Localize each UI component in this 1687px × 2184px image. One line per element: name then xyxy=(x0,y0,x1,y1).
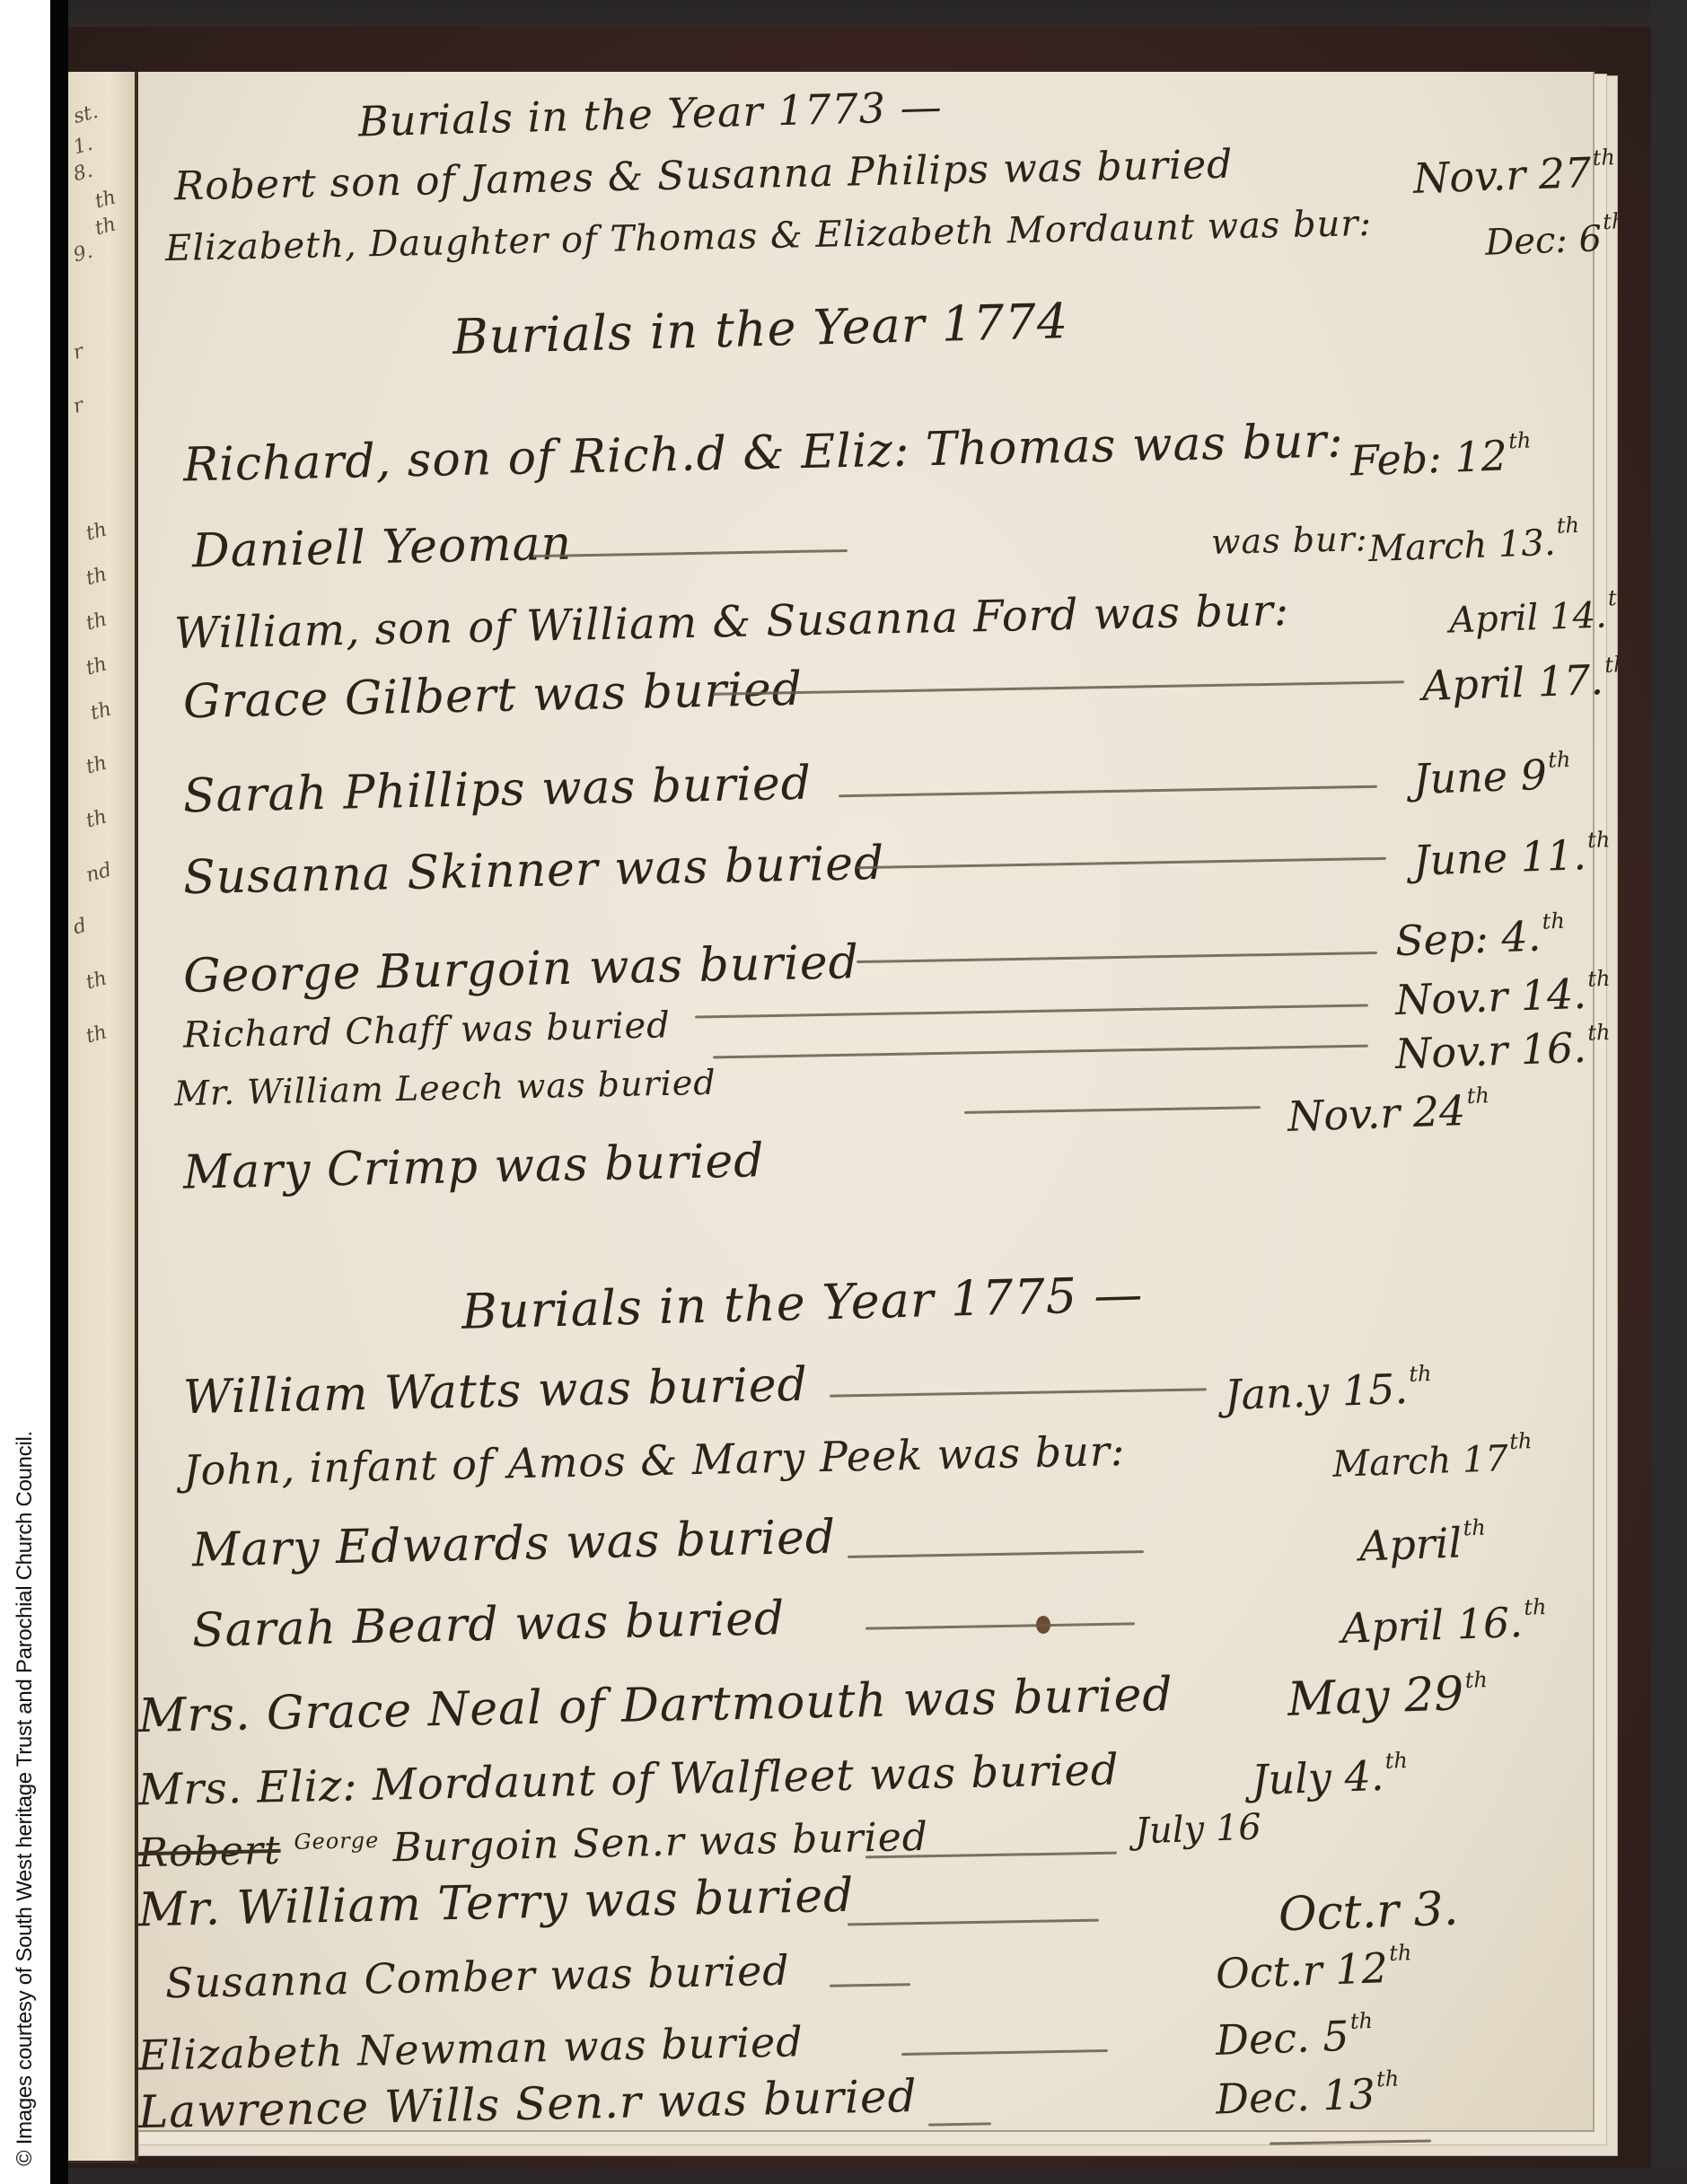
burial-date: Feb: 12th xyxy=(1349,427,1533,485)
ledger-dash xyxy=(857,952,1377,963)
burial-entry: William Watts was buried xyxy=(182,1358,808,1425)
burial-date: June 11.th xyxy=(1412,827,1612,885)
facing-page-mark: th xyxy=(83,1021,110,1048)
burial-entry: Elizabeth, Daughter of Thomas & Elizabet… xyxy=(165,203,1373,269)
ledger-dash xyxy=(928,2122,991,2126)
ledger-dash xyxy=(713,1045,1368,1059)
facing-page-mark: 9. xyxy=(71,241,95,268)
burial-date: May 29th xyxy=(1287,1666,1489,1727)
burial-entry: Sarah Phillips was buried xyxy=(182,757,812,824)
facing-page-mark: th xyxy=(83,751,110,778)
facing-page-mark: 1. xyxy=(71,133,95,160)
burial-date: Oct.r 3. xyxy=(1278,1882,1459,1943)
burial-date: March 13.th xyxy=(1367,513,1580,570)
burial-entry: Mrs. Grace Neal of Dartmouth was buried xyxy=(137,1668,1173,1743)
burial-date: July 4.th xyxy=(1251,1748,1409,1804)
facing-page-mark: d xyxy=(71,915,89,940)
facing-page-mark: 8. xyxy=(71,160,95,187)
facing-page-mark: r xyxy=(71,394,86,418)
ledger-dash xyxy=(713,680,1404,695)
copyright-notice: © Images courtesy of South West heritage… xyxy=(13,1431,38,2166)
burial-date: April 17.th xyxy=(1421,652,1629,710)
burial-date: Jan.y 15.th xyxy=(1224,1361,1433,1419)
ledger-dash xyxy=(865,1622,1135,1629)
burial-entry: Mary Edwards was buried xyxy=(191,1510,836,1577)
burial-date: Aprilth xyxy=(1358,1515,1487,1571)
burial-entry: Richard Chaff was buried xyxy=(183,1004,672,1056)
ledger-dash xyxy=(857,857,1386,869)
burial-date: Oct.r 12th xyxy=(1215,1940,1413,1998)
burial-entry: Mr. William Leech was buried xyxy=(174,1063,716,1114)
burial-entry: Susanna Comber was buried xyxy=(165,1946,791,2008)
burial-date: June 9th xyxy=(1412,747,1572,803)
burial-entry: Susanna Skinner was buried xyxy=(182,837,884,905)
burial-entry: George Burgoin was buried xyxy=(182,935,859,1004)
burial-date: Dec: 6th xyxy=(1484,208,1627,263)
burial-entry: William, son of William & Susanna Ford w… xyxy=(174,585,1290,659)
facing-page-mark: r xyxy=(71,340,86,364)
burial-date: Nov.r 14.th xyxy=(1394,966,1612,1024)
burial-date: Dec. 5th xyxy=(1215,2008,1374,2065)
ledger-dash xyxy=(695,1004,1368,1018)
facing-page-mark: th xyxy=(83,653,110,680)
binding-top-edge xyxy=(68,0,1687,27)
scan-border xyxy=(50,0,68,2184)
facing-page-mark: th xyxy=(88,697,114,724)
facing-page-mark: th xyxy=(92,213,119,240)
struck-name: Robert xyxy=(138,1828,282,1876)
burial-date: April 14.th xyxy=(1448,584,1631,641)
section-heading-1773: Burials in the Year 1773 — xyxy=(357,82,943,145)
ledger-dash xyxy=(830,1388,1207,1397)
burial-date: Nov.r 16.th xyxy=(1394,1020,1612,1078)
burial-date: Sep: 4.th xyxy=(1394,908,1566,966)
register-page: Burials in the Year 1773 — Robert son of… xyxy=(138,72,1595,2132)
burial-entry: John, infant of Amos & Mary Peek was bur… xyxy=(183,1426,1126,1495)
ledger-dash xyxy=(848,1550,1144,1558)
burial-entry: Robert George Burgoin Sen.r was buried xyxy=(138,1814,929,1876)
facing-page-fragment: st. 1. 8. th th 9. r r th th th th th th… xyxy=(68,72,136,2163)
burial-entry: Grace Gilbert was buried xyxy=(182,662,803,729)
section-heading-1775: Burials in the Year 1775 — xyxy=(461,1266,1144,1340)
burial-entry: Lawrence Wills Sen.r was buried xyxy=(137,2070,918,2138)
facing-page-mark: th xyxy=(83,518,110,545)
ledger-dash xyxy=(533,549,848,557)
binding-right-edge xyxy=(1651,0,1687,2184)
section-heading-1774: Burials in the Year 1774 xyxy=(452,293,1069,365)
burial-connector: was bur: xyxy=(1211,519,1368,562)
burial-entry: Sarah Beard was buried xyxy=(191,1592,785,1658)
binding-bottom-edge xyxy=(68,2168,1687,2184)
ledger-dash xyxy=(830,1983,910,1987)
ledger-dash xyxy=(848,1919,1099,1926)
facing-page-mark: th xyxy=(83,967,110,994)
burial-entry: Mary Crimp was buried xyxy=(182,1134,765,1200)
burial-entry: Elizabeth Newman was buried xyxy=(138,2017,804,2080)
facing-page-mark: nd xyxy=(83,859,114,887)
ledger-dash xyxy=(901,2049,1108,2056)
ledger-dash xyxy=(839,785,1377,797)
facing-page-mark: th xyxy=(83,563,110,590)
facing-page-mark: th xyxy=(83,805,110,832)
burial-date: March 17th xyxy=(1331,1428,1533,1486)
burial-date: July 16 xyxy=(1134,1807,1261,1853)
facing-page-mark: th xyxy=(92,186,119,213)
facing-page-mark: th xyxy=(83,608,110,635)
burial-entry: Robert son of James & Susanna Philips wa… xyxy=(174,142,1234,210)
facing-page-mark: st. xyxy=(71,101,101,128)
burial-date: Dec. 13th xyxy=(1215,2066,1401,2123)
burial-date: April 16.th xyxy=(1340,1594,1548,1653)
ledger-dash xyxy=(964,1106,1261,1114)
burial-entry: Daniell Yeoman xyxy=(191,517,572,579)
burial-entry: Mrs. Eliz: Mordaunt of Walfleet was buri… xyxy=(138,1745,1120,1816)
burial-date: Nov.r 24th xyxy=(1287,1083,1490,1141)
burial-entry: Richard, son of Rich.d & Eliz: Thomas wa… xyxy=(183,414,1345,492)
burial-date: Nov.r 27th xyxy=(1412,145,1616,203)
inserted-name: George xyxy=(294,1828,379,1855)
copyright-strip: © Images courtesy of South West heritage… xyxy=(0,0,50,2184)
burial-entry: Mr. William Terry was buried xyxy=(137,1869,855,1938)
